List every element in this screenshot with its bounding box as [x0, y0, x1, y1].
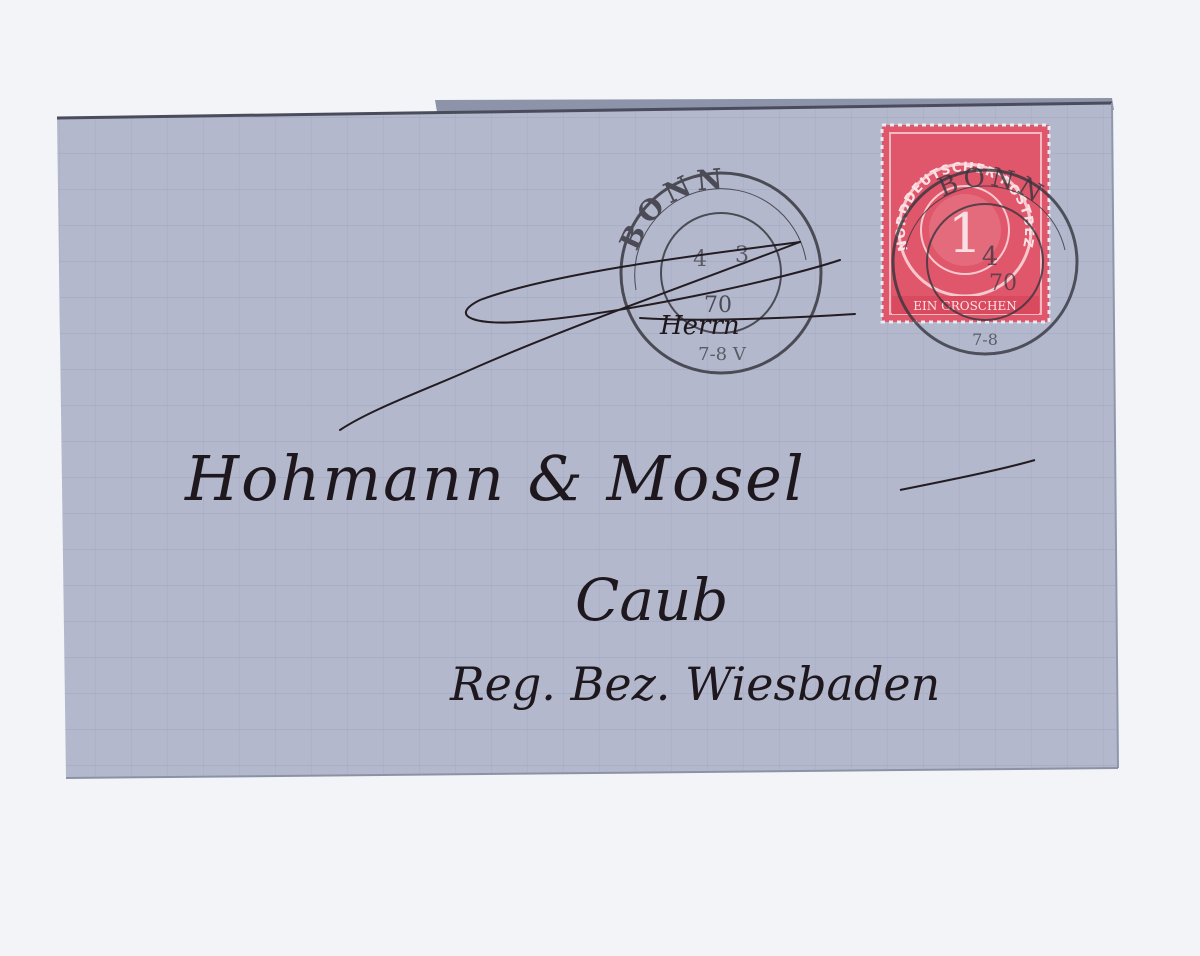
address-salutation: Herrn: [659, 311, 740, 341]
postmark-on-stamp-day: 4: [982, 242, 999, 272]
postmark-day: 4: [693, 247, 707, 272]
stamp-value-text: EIN GROSCHEN: [913, 299, 1016, 313]
postmark-time: 7-8 V: [698, 344, 747, 365]
address-recipient: Hohmann & Mosel: [184, 442, 806, 515]
postmark-on-stamp-time: 7-8: [972, 330, 998, 349]
letter-cover-scene: 1 NORDDEUTSCHER POSTBEZIRK EIN GROSCHEN …: [0, 0, 1200, 956]
stamp-value-numeral: 1: [948, 202, 982, 265]
address-town: Caub: [575, 566, 728, 634]
postmark-on-stamp-year: 70: [989, 271, 1017, 296]
address-region: Reg. Bez. Wiesbaden: [449, 657, 940, 711]
